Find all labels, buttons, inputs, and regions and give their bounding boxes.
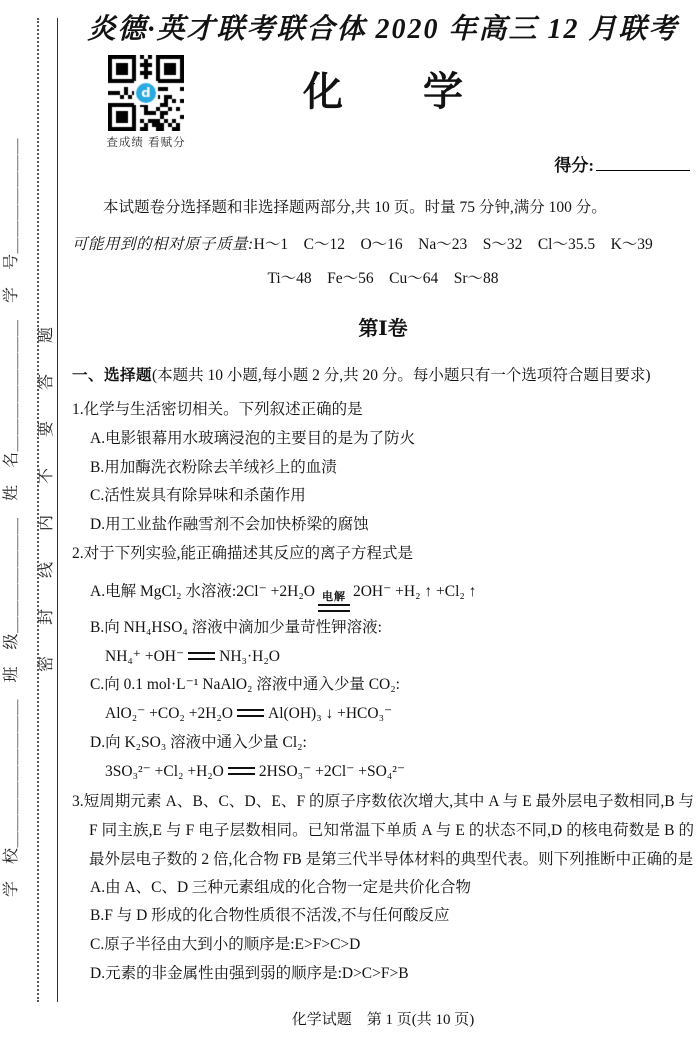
seal-line-text: 密封线内不要答题 (37, 292, 57, 672)
exam-instructions: 本试题卷分选择题和非选择题两部分,共 10 页。时量 75 分钟,满分 100 … (72, 196, 694, 220)
subject-title: 化 学 (72, 70, 694, 114)
score-blank (596, 153, 690, 171)
section-heading-bold: 一、选择题 (72, 367, 152, 384)
equation-left: A.电解 MgCl₂ 水溶液:2Cl⁻ +2H₂O (90, 583, 315, 600)
exam-page: 学 校＿＿＿＿＿＿＿＿＿ 班 级＿＿＿＿＿＿＿ 姓 名＿＿＿＿＿＿＿＿ 学 号＿… (0, 0, 700, 1049)
double-bond-bar (188, 652, 215, 660)
exam-title: 炎德·英才联考联合体 2020 年高三 12 月联考 (72, 12, 694, 48)
question-1-option-b: B.用加酶洗衣粉除去羊绒衫上的血渍 (72, 454, 694, 483)
atomic-masses-label: 可能用到的相对原子质量: (72, 236, 254, 253)
question-2-option-a: A.电解 MgCl₂ 水溶液:2Cl⁻ +2H₂O电解2OH⁻ +H₂ ↑ +C… (72, 578, 694, 612)
question-3-stem: 3.短周期元素 A、B、C、D、E、F 的原子序数依次增大,其中 A 与 E 最… (72, 787, 694, 874)
question-list: 1.化学与生活密切相关。下列叙述正确的是 A.电影银幕用水玻璃浸泡的主要目的是为… (72, 396, 694, 989)
score-label: 得分: (554, 156, 594, 175)
part-title: 第Ⅰ卷 (72, 317, 694, 342)
equation-right: Al(OH)₃ ↓ +HCO₃⁻ (268, 705, 392, 722)
question-2-option-d-equation: 3SO₃²⁻ +Cl₂ +H₂O2HSO₃⁻ +2Cl⁻ +SO₄²⁻ (72, 758, 694, 787)
page-footer: 化学试题 第 1 页(共 10 页) (72, 1008, 694, 1029)
atomic-masses-line2: Ti～48 Fe～56 Cu～64 Sr～88 (72, 267, 694, 291)
header-block: 查成绩 看赋分 化 学 得分: (72, 48, 694, 178)
equation-left: 3SO₃²⁻ +Cl₂ +H₂O (105, 763, 224, 780)
atomic-masses-values1: H～1 C～12 O～16 Na～23 S～32 Cl～35.5 K～39 (254, 236, 653, 253)
question-3-option-c: C.原子半径由大到小的顺序是:E>F>C>D (72, 931, 694, 960)
score-line: 得分: (554, 151, 690, 176)
double-bond-bar (237, 709, 264, 717)
question-3-option-b: B.F 与 D 形成的化合物性质很不活泼,不与任何酸反应 (72, 902, 694, 931)
equation-right: NH₃·H₂O (219, 648, 280, 665)
question-3-option-d: D.元素的非金属性由强到弱的顺序是:D>C>F>B (72, 960, 694, 989)
question-1-option-a: A.电影银幕用水玻璃浸泡的主要目的是为了防火 (72, 425, 694, 454)
seal-solid-line (57, 18, 58, 1002)
question-2-option-b-equation: NH₄⁺ +OH⁻NH₃·H₂O (72, 643, 694, 672)
double-bond-bar (318, 604, 350, 612)
question-1-option-d: D.用工业盐作融雪剂不会加快桥梁的腐蚀 (72, 511, 694, 540)
qr-caption: 查成绩 看赋分 (104, 134, 188, 150)
question-1-stem: 1.化学与生活密切相关。下列叙述正确的是 (72, 396, 694, 425)
equation-left: AlO₂⁻ +CO₂ +2H₂O (105, 705, 233, 722)
equation-right: 2OH⁻ +H₂ ↑ +Cl₂ ↑ (353, 583, 476, 600)
reaction-condition-label: 电解 (318, 592, 350, 603)
seal-dotted-line (37, 18, 39, 1002)
double-bond-bar (228, 767, 255, 775)
question-2-stem: 2.对于下列实验,能正确描述其反应的离子方程式是 (72, 540, 694, 569)
section-heading: 一、选择题(本题共 10 小题,每小题 2 分,共 20 分。每小题只有一个选项… (72, 363, 694, 388)
equation-left: NH₄⁺ +OH⁻ (105, 648, 184, 665)
question-2-option-b: B.向 NH₄HSO₄ 溶液中滴加少量苛性钾溶液: (72, 614, 694, 643)
question-2-option-c: C.向 0.1 mol·L⁻¹ NaAlO₂ 溶液中通入少量 CO₂: (72, 671, 694, 700)
question-2-option-d: D.向 K₂SO₃ 溶液中通入少量 Cl₂: (72, 729, 694, 758)
equation-right: 2HSO₃⁻ +2Cl⁻ +SO₄²⁻ (259, 763, 405, 780)
atomic-masses-line1: 可能用到的相对原子质量:H～1 C～12 O～16 Na～23 S～32 Cl～… (72, 233, 694, 257)
exam-content: 炎德·英才联考联合体 2020 年高三 12 月联考 查成绩 看赋分 化 学 得… (72, 0, 694, 1049)
question-2-option-c-equation: AlO₂⁻ +CO₂ +2H₂OAl(OH)₃ ↓ +HCO₃⁻ (72, 700, 694, 729)
section-heading-rest: (本题共 10 小题,每小题 2 分,共 20 分。每小题只有一个选项符合题目要… (152, 367, 651, 384)
question-3-option-a: A.由 A、C、D 三种元素组成的化合物一定是共价化合物 (72, 874, 694, 903)
student-info-fields: 学 校＿＿＿＿＿＿＿＿＿ 班 级＿＿＿＿＿＿＿ 姓 名＿＿＿＿＿＿＿＿ 学 号＿… (1, 87, 23, 897)
question-1-option-c: C.活性炭具有除异味和杀菌作用 (72, 482, 694, 511)
reaction-condition: 电解 (318, 592, 350, 612)
